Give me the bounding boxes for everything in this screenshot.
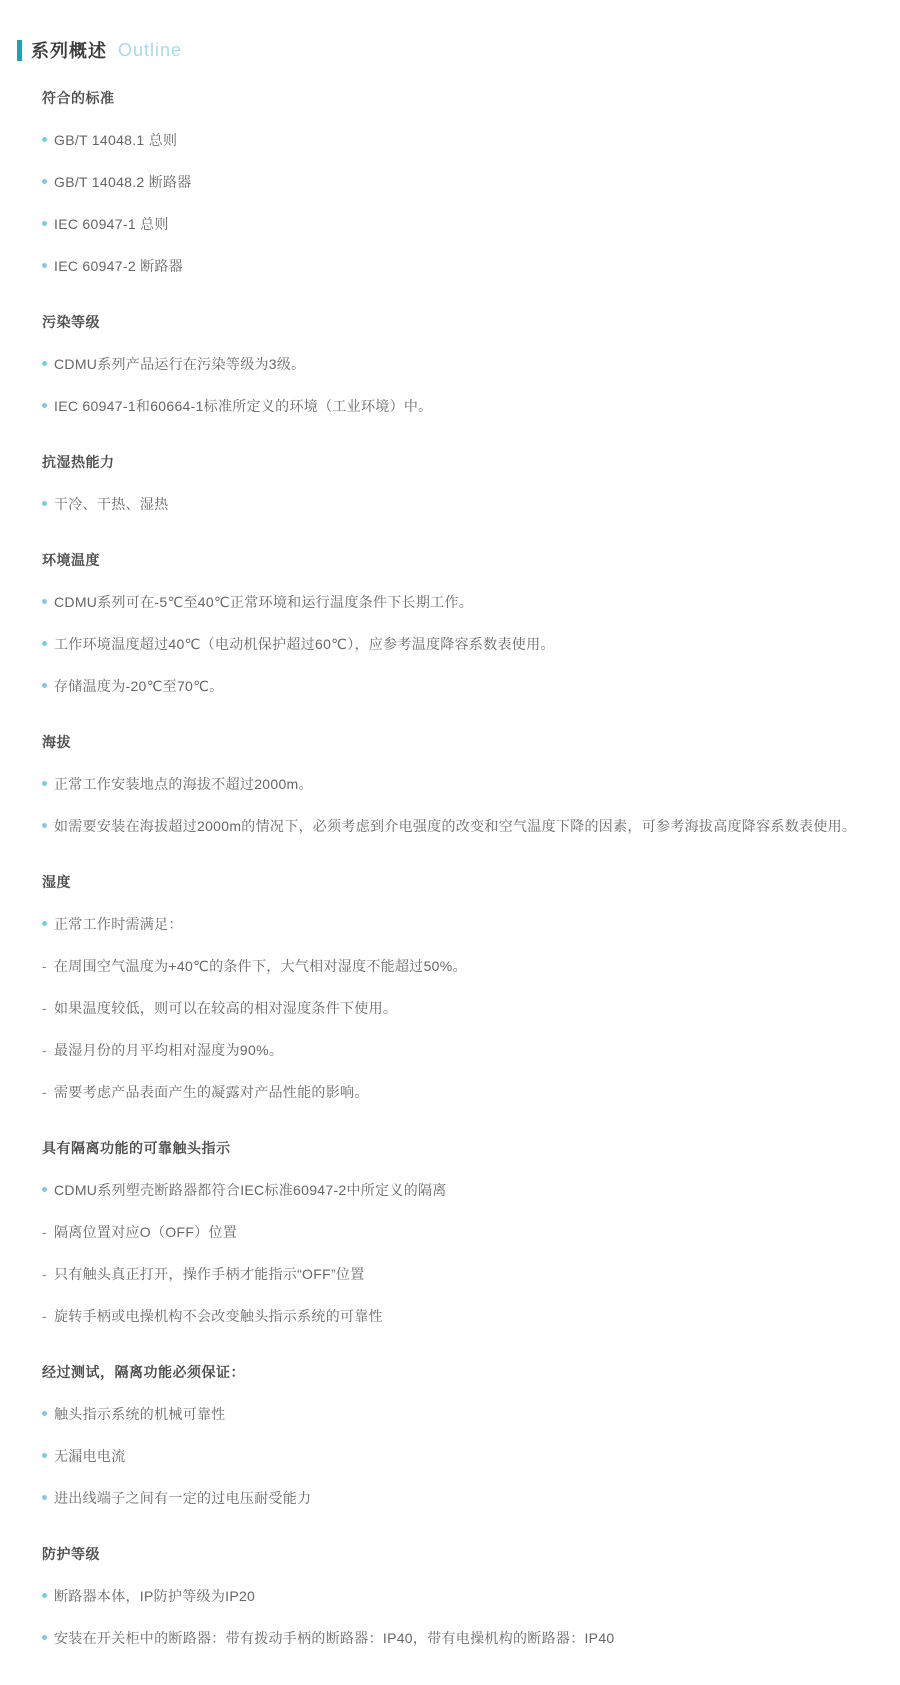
- bullet-dot-icon: [42, 172, 54, 192]
- list-item: -最湿月份的月平均相对湿度为90%。: [42, 1040, 880, 1060]
- list-item: -隔离位置对应O（OFF）位置: [42, 1222, 880, 1242]
- list-item: -需要考虑产品表面产生的凝露对产品性能的影响。: [42, 1082, 880, 1102]
- list-item-text: 需要考虑产品表面产生的凝露对产品性能的影响。: [54, 1082, 880, 1102]
- list-item-text: 触头指示系统的机械可靠性: [54, 1404, 880, 1424]
- list-item-text: 隔离位置对应O（OFF）位置: [54, 1222, 880, 1242]
- section-heading: 环境温度: [42, 550, 880, 570]
- bullet-dot-icon: [42, 816, 54, 836]
- list-item: CDMU系列产品运行在污染等级为3级。: [42, 354, 880, 374]
- list-item: CDMU系列可在-5℃至40℃正常环境和运行温度条件下长期工作。: [42, 592, 880, 612]
- bullet-dot-icon: [42, 676, 54, 696]
- list-item-text: CDMU系列产品运行在污染等级为3级。: [54, 354, 880, 374]
- bullet-dot-icon: [42, 214, 54, 234]
- list-item: IEC 60947-1和60664-1标准所定义的环境（工业环境）中。: [42, 396, 880, 416]
- list-item-text: 安装在开关柜中的断路器：带有拨动手柄的断路器：IP40，带有电操机构的断路器：I…: [54, 1628, 880, 1648]
- spec-section: 环境温度CDMU系列可在-5℃至40℃正常环境和运行温度条件下长期工作。工作环境…: [17, 550, 880, 696]
- bullet-dot-icon: [42, 1586, 54, 1606]
- list-item-text: 只有触头真正打开，操作手柄才能指示“OFF”位置: [54, 1264, 880, 1284]
- bullet-dot-icon: [42, 634, 54, 654]
- bullet-dot-icon: [42, 256, 54, 276]
- list-item-text: 如果温度较低，则可以在较高的相对湿度条件下使用。: [54, 998, 880, 1018]
- list-item-text: 存储温度为-20℃至70℃。: [54, 676, 880, 696]
- bullet-dot-icon: [42, 1404, 54, 1424]
- spec-section: 经过测试，隔离功能必须保证：触头指示系统的机械可靠性无漏电电流进出线端子之间有一…: [17, 1362, 880, 1508]
- list-item: IEC 60947-1 总则: [42, 214, 880, 234]
- list-item-text: CDMU系列塑壳断路器都符合IEC标准60947-2中所定义的隔离: [54, 1180, 880, 1200]
- list-item-text: 进出线端子之间有一定的过电压耐受能力: [54, 1488, 880, 1508]
- list-item: IEC 60947-2 断路器: [42, 256, 880, 276]
- page-title: 系列概述: [31, 37, 107, 63]
- bullet-dot-icon: [42, 396, 54, 416]
- section-heading: 具有隔离功能的可靠触头指示: [42, 1138, 880, 1158]
- bullet-dot-icon: [42, 354, 54, 374]
- list-item-text: 断路器本体，IP防护等级为IP20: [54, 1586, 880, 1606]
- section-heading: 经过测试，隔离功能必须保证：: [42, 1362, 880, 1382]
- list-item-text: IEC 60947-1 总则: [54, 214, 880, 234]
- list-item: 触头指示系统的机械可靠性: [42, 1404, 880, 1424]
- bullet-dot-icon: [42, 592, 54, 612]
- bullet-dot-icon: [42, 1180, 54, 1200]
- spec-section: 抗湿热能力干冷、干热、湿热: [17, 452, 880, 514]
- section-heading: 污染等级: [42, 312, 880, 332]
- page-subtitle: Outline: [118, 40, 182, 61]
- section-heading: 符合的标准: [42, 88, 880, 108]
- bullet-dot-icon: [42, 130, 54, 150]
- list-item-text: 如需要安装在海拔超过2000m的情况下，必须考虑到介电强度的改变和空气温度下降的…: [54, 816, 880, 836]
- list-item: 正常工作时需满足：: [42, 914, 880, 934]
- list-item: 存储温度为-20℃至70℃。: [42, 676, 880, 696]
- list-item-text: GB/T 14048.2 断路器: [54, 172, 880, 192]
- list-item: 正常工作安装地点的海拔不超过2000m。: [42, 774, 880, 794]
- list-item: CDMU系列塑壳断路器都符合IEC标准60947-2中所定义的隔离: [42, 1180, 880, 1200]
- list-item: 无漏电电流: [42, 1446, 880, 1466]
- list-item: 安装在开关柜中的断路器：带有拨动手柄的断路器：IP40，带有电操机构的断路器：I…: [42, 1628, 880, 1648]
- list-item: -只有触头真正打开，操作手柄才能指示“OFF”位置: [42, 1264, 880, 1284]
- page-header: 系列概述 Outline: [17, 38, 880, 62]
- list-item: -在周围空气温度为+40℃的条件下，大气相对湿度不能超过50%。: [42, 956, 880, 976]
- dash-icon: -: [42, 1264, 54, 1284]
- dash-icon: -: [42, 1306, 54, 1326]
- list-item: 工作环境温度超过40℃（电动机保护超过60℃），应参考温度降容系数表使用。: [42, 634, 880, 654]
- outline-page: 系列概述 Outline 符合的标准GB/T 14048.1 总则GB/T 14…: [0, 0, 900, 1648]
- spec-section: 海拔正常工作安装地点的海拔不超过2000m。如需要安装在海拔超过2000m的情况…: [17, 732, 880, 836]
- list-item-text: 正常工作安装地点的海拔不超过2000m。: [54, 774, 880, 794]
- list-item-text: CDMU系列可在-5℃至40℃正常环境和运行温度条件下长期工作。: [54, 592, 880, 612]
- list-item-text: IEC 60947-2 断路器: [54, 256, 880, 276]
- dash-icon: -: [42, 1040, 54, 1060]
- list-item-text: 旋转手柄或电操机构不会改变触头指示系统的可靠性: [54, 1306, 880, 1326]
- bullet-dot-icon: [42, 914, 54, 934]
- list-item-text: 最湿月份的月平均相对湿度为90%。: [54, 1040, 880, 1060]
- spec-section: 符合的标准GB/T 14048.1 总则GB/T 14048.2 断路器IEC …: [17, 88, 880, 276]
- spec-section: 湿度正常工作时需满足：-在周围空气温度为+40℃的条件下，大气相对湿度不能超过5…: [17, 872, 880, 1102]
- list-item-text: 干冷、干热、湿热: [54, 494, 880, 514]
- list-item: 进出线端子之间有一定的过电压耐受能力: [42, 1488, 880, 1508]
- bullet-dot-icon: [42, 1488, 54, 1508]
- bullet-dot-icon: [42, 494, 54, 514]
- list-item: 断路器本体，IP防护等级为IP20: [42, 1586, 880, 1606]
- list-item: GB/T 14048.2 断路器: [42, 172, 880, 192]
- list-item-text: 无漏电电流: [54, 1446, 880, 1466]
- list-item-text: GB/T 14048.1 总则: [54, 130, 880, 150]
- spec-section: 具有隔离功能的可靠触头指示CDMU系列塑壳断路器都符合IEC标准60947-2中…: [17, 1138, 880, 1326]
- section-heading: 湿度: [42, 872, 880, 892]
- list-item: GB/T 14048.1 总则: [42, 130, 880, 150]
- bullet-dot-icon: [42, 774, 54, 794]
- spec-section: 污染等级CDMU系列产品运行在污染等级为3级。IEC 60947-1和60664…: [17, 312, 880, 416]
- list-item: 如需要安装在海拔超过2000m的情况下，必须考虑到介电强度的改变和空气温度下降的…: [42, 816, 880, 836]
- list-item: 干冷、干热、湿热: [42, 494, 880, 514]
- section-heading: 抗湿热能力: [42, 452, 880, 472]
- list-item-text: IEC 60947-1和60664-1标准所定义的环境（工业环境）中。: [54, 396, 880, 416]
- list-item-text: 正常工作时需满足：: [54, 914, 880, 934]
- list-item: -如果温度较低，则可以在较高的相对湿度条件下使用。: [42, 998, 880, 1018]
- dash-icon: -: [42, 1222, 54, 1242]
- content-sections: 符合的标准GB/T 14048.1 总则GB/T 14048.2 断路器IEC …: [17, 88, 880, 1648]
- section-heading: 防护等级: [42, 1544, 880, 1564]
- list-item: -旋转手柄或电操机构不会改变触头指示系统的可靠性: [42, 1306, 880, 1326]
- bullet-dot-icon: [42, 1446, 54, 1466]
- bullet-dot-icon: [42, 1628, 54, 1648]
- dash-icon: -: [42, 1082, 54, 1102]
- spec-section: 防护等级断路器本体，IP防护等级为IP20安装在开关柜中的断路器：带有拨动手柄的…: [17, 1544, 880, 1648]
- list-item-text: 工作环境温度超过40℃（电动机保护超过60℃），应参考温度降容系数表使用。: [54, 634, 880, 654]
- list-item-text: 在周围空气温度为+40℃的条件下，大气相对湿度不能超过50%。: [54, 956, 880, 976]
- section-heading: 海拔: [42, 732, 880, 752]
- dash-icon: -: [42, 998, 54, 1018]
- title-accent-bar-icon: [17, 40, 22, 61]
- dash-icon: -: [42, 956, 54, 976]
